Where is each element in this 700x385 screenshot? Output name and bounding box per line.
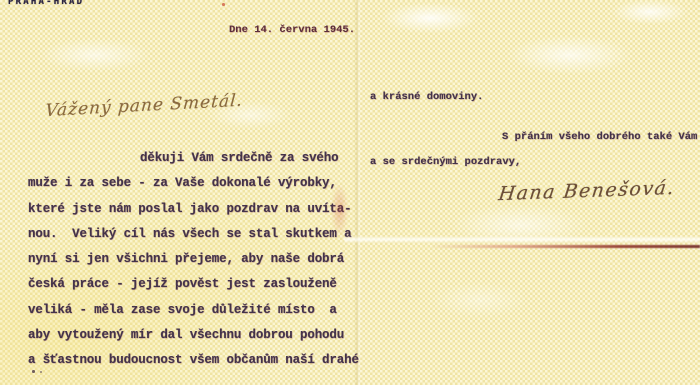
letter-scan: PRAHA-HRAD Dne 14. června 1945. Vážený p… [0,0,700,385]
body-line: děkuji Vám srdečně za svého [28,146,368,171]
letterhead: PRAHA-HRAD [8,0,84,7]
closing-line-greetings: a se srdečnými pozdravy, [370,156,521,168]
paper-speck [222,3,225,6]
body-line: muže i za sebe - za Vaše dokonalé výrobk… [28,171,368,196]
body-line: aby vytoužený mír dal všechnu dobrou poh… [28,323,368,348]
body-paragraph: děkuji Vám srdečně za svého muže i za se… [28,146,368,374]
body-line: veliká - měla zase svoje důležité místo … [28,298,368,323]
fold-crease-red-line [430,245,700,248]
fold-crease-highlight [344,236,700,243]
signature-handwriting: Hana Benešová. [497,177,676,205]
body-line: nyní si jen všichni přejeme, aby naše do… [28,247,368,272]
closing-line-continuation: a krásné domoviny. [370,91,483,103]
body-line: a šťastnou budoucnost všem občanům naší … [28,348,368,373]
closing-line-wish: S přáním všeho dobrého také Vám [502,131,697,143]
body-line: česká práce - jejíž pověst jest zaslouže… [28,272,368,297]
body-line: které jste nám poslal jako pozdrav na uv… [28,197,368,222]
salutation-handwriting: Vážený pane Smetál. [45,91,244,121]
body-line: nou. Veliký cíl nás všech se stal skutke… [28,222,368,247]
date-line: Dne 14. června 1945. [229,24,355,36]
